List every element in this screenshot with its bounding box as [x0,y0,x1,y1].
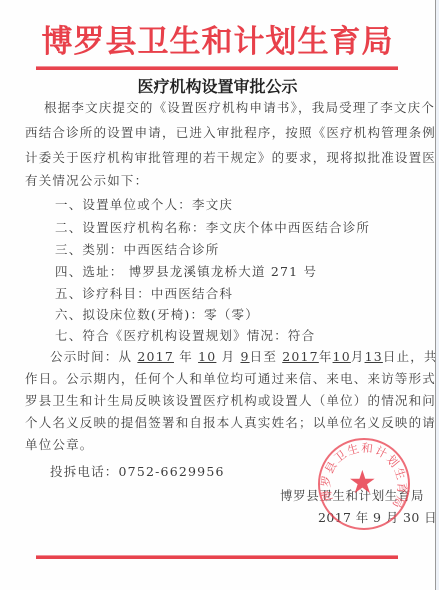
issuer-header-title: 博罗县卫生和计划生育局 [0,24,435,60]
item-planning-compliance: 七、符合《医疗机构设置规划》情况：符合 [55,326,315,346]
item-value: 李文庆个体中西医结合诊所 [206,220,370,235]
header-red-rule [36,66,398,70]
intro-line-4: 有关情况公示如下： [25,171,148,191]
end-year: 2017 [282,349,319,364]
complaint-phone: 投拆电话：0752-6629956 [50,462,225,482]
notice-prefix: 公示时间：从 [50,349,137,364]
complaint-phone-label: 投拆电话： [50,464,119,479]
start-month: 10 [198,349,216,364]
year-label: 年 [319,349,333,364]
month-label: 月 [351,349,365,364]
start-year: 2017 [137,349,174,364]
signature-date: 2017 年 9 月 30 日 [318,508,437,528]
item-institution-name: 二、设置医疗机构名称：李文庆个体中西医结合诊所 [55,218,370,238]
item-label: 四、选址： [55,264,124,279]
end-month: 10 [333,349,351,364]
intro-line-1: 根据李文庆提交的《设置医疗机构申请书》，我局受理了李文庆个体中 [44,98,439,118]
notice-line-1: 作日。公示期内，任何个人和单位均可通过来信、来电、来访等形式，向博 [25,369,439,389]
notice-line-2: 罗县卫生和计生局反映该设置医疗机构或设置人（单位）的情况和问题。以 [25,391,439,411]
year-label: 年 [179,349,193,364]
item-label: 六、拟设床位数(牙椅)： [55,307,204,322]
item-location: 四、选址： 博罗县龙溪镇龙桥大道 271 号 [55,262,317,282]
notice-line-3: 个人名义反映的提倡签署和自报本人真实姓名；以单位名义反映的请加盖本 [25,413,439,433]
item-applicant: 一、设置单位或个人：李文庆 [55,195,233,215]
month-label: 月 [222,349,236,364]
item-value: 中西医结合科 [151,286,233,301]
item-value: 中西医结合诊所 [124,242,220,257]
item-value: 零（零） [204,307,259,322]
to-label: 日至 [250,349,277,364]
document-title: 医疗机构设置审批公示 [0,76,435,98]
footer-red-rule [36,555,398,559]
notice-period-line: 公示时间：从 2017 年 10 月 9日至 2017年10月13日止，共 5 … [50,347,439,367]
item-label: 五、诊疗科目： [55,286,151,301]
item-label: 三、类别： [55,242,124,257]
document-page: 博罗县卫生和计划生育局 医疗机构设置审批公示 根据李文庆提交的《设置医疗机构申请… [0,0,435,590]
item-label: 一、设置单位或个人： [55,197,192,212]
page-edge-divider [435,0,439,590]
item-value: 符合 [288,328,315,343]
item-label: 二、设置医疗机构名称： [55,220,206,235]
signature-issuer: 博罗县卫生和计划生育局 [280,486,424,506]
end-day: 13 [365,349,383,364]
complaint-phone-number: 0752-6629956 [119,464,225,479]
item-label: 七、符合《医疗机构设置规划》情况： [55,328,288,343]
start-day: 9 [240,349,249,364]
item-category: 三、类别：中西医结合诊所 [55,240,219,260]
item-value: 博罗县龙溪镇龙桥大道 271 号 [124,264,318,279]
item-value: 李文庆 [192,197,233,212]
item-bed-count: 六、拟设床位数(牙椅)：零（零） [55,305,259,325]
item-clinical-subjects: 五、诊疗科目：中西医结合科 [55,284,233,304]
notice-line-4: 单位公章。 [25,435,94,455]
intro-line-3: 计委关于医疗机构审批管理的若干规定》的要求，现将拟批准设置医疗机构 [25,148,439,168]
intro-line-2: 西结合诊所的设置申请，已进入审批程序，按照《医疗机构管理条例》和《卫 [25,123,439,143]
notice-suffix: 日止，共 5 个工 [383,349,439,364]
